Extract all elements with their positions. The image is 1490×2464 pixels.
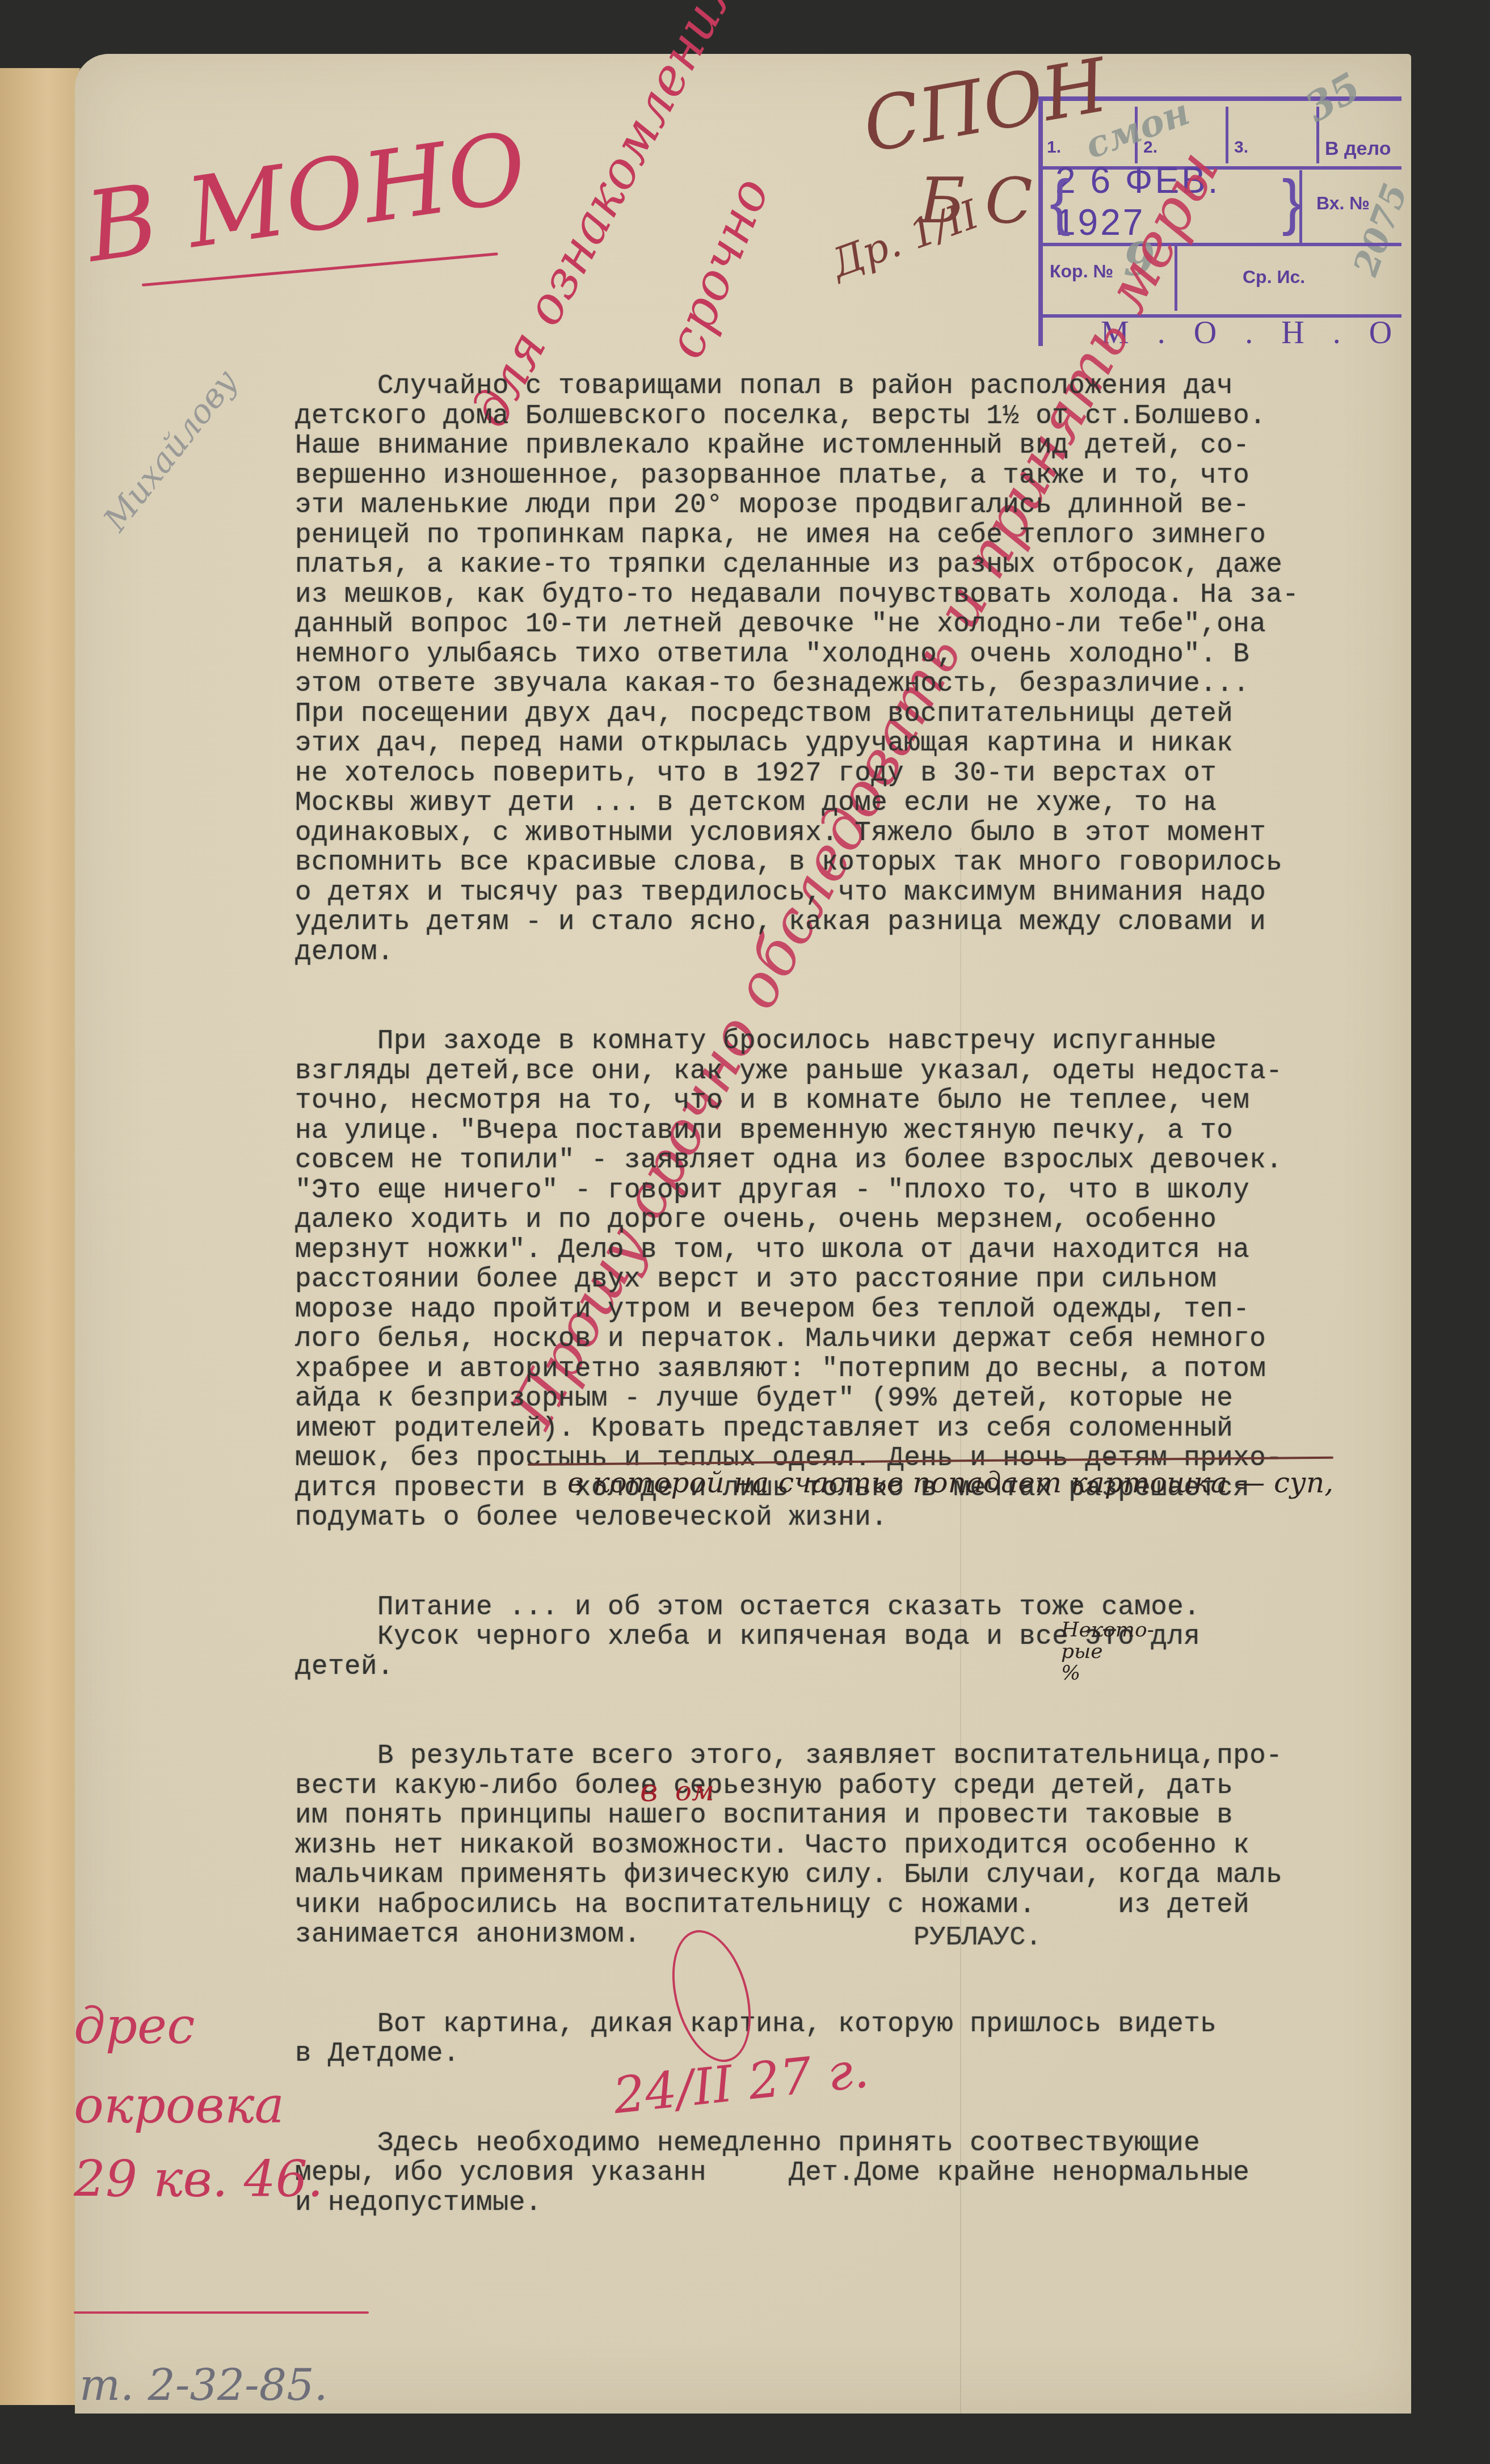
adjacent-page-edge <box>0 68 81 2405</box>
red-correction: в <box>640 1773 658 1808</box>
typed-body: Случайно с товарищами попал в район расп… <box>295 312 1390 2248</box>
handwritten-insertion: в которой на счастье попадает картошка —… <box>567 1466 1333 1499</box>
paragraph: Питание ... и об этом остается сказать т… <box>295 1593 1390 1682</box>
red-correction: ом <box>675 1775 714 1807</box>
pencil-phone-number: т. 2-32-85. <box>79 2360 328 2410</box>
handwritten-margin-note: Некото- рые % <box>1061 1619 1118 1684</box>
paragraph: В результате всего этого, заявляет воспи… <box>295 1741 1390 1950</box>
red-address-line-2: окровка <box>74 2076 284 2134</box>
stamp-sr-label: Ср. Ис. <box>1243 267 1305 288</box>
typed-signature: РУБЛАУС. <box>914 1923 1042 1953</box>
stamp-incoming-label: Вх. № <box>1316 193 1370 214</box>
red-divider <box>74 2311 369 2314</box>
paragraph: Случайно с товарищами попал в район расп… <box>295 372 1390 967</box>
stamp-divider <box>1299 170 1302 243</box>
red-address-line-1: дрес <box>74 1997 195 2055</box>
paragraph: Здесь необходимо немедленно принять соот… <box>295 2129 1390 2218</box>
stamp-cell-3: 3. <box>1226 107 1316 163</box>
red-address-line-3: 29 кв. 46. <box>74 2150 323 2208</box>
